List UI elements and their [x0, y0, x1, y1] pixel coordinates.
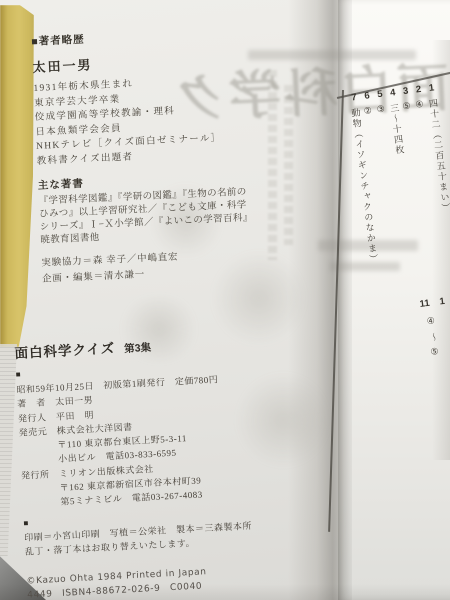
- book-photo: 面白科学ク ■著者略歴 太田一男 1931年栃木県生まれ 東京学芸大学卒業 佼成…: [0, 0, 450, 600]
- answer-text: ③: [376, 104, 387, 117]
- page-stack-edge: [0, 344, 17, 556]
- answer-number: 1: [428, 82, 435, 96]
- answer-number: 4: [390, 87, 397, 101]
- answer-text: ②: [363, 106, 374, 119]
- answer-number: 6: [364, 90, 371, 104]
- answer-numbers-row: 11 1: [419, 296, 445, 310]
- ghost-text-bar: [330, 262, 400, 271]
- author-bio-block: ■著者略歴 太田一男 1931年栃木県生まれ 東京学芸大学卒業 佼成学園高等学校…: [31, 23, 292, 288]
- answer-number: 3: [402, 86, 409, 100]
- book-title: 面白科学クイズ: [14, 341, 115, 361]
- bio-heading: ■著者略歴: [31, 23, 281, 49]
- answer-number: 5: [377, 89, 384, 103]
- bio-lines: 1931年栃木県生まれ 東京学芸大学卒業 佼成学園高等学校教諭・理科 日本魚類学…: [33, 71, 287, 169]
- colophon-block: 面白科学クイズ 第3集 ■ 昭和59年10月25日 初版第1刷発行 定価780円…: [14, 328, 297, 600]
- answer-number: 2: [415, 84, 422, 98]
- answer-number: 7: [351, 92, 358, 106]
- answer-number: 11: [419, 298, 430, 310]
- cover-edge: [0, 5, 34, 347]
- answer-text: ⑤: [402, 101, 413, 114]
- colophon-lines: 昭和59年10月25日 初版第1刷発行 定価780円 著 者 太田一男 発行人 …: [16, 369, 292, 512]
- volume-label: 第3集: [124, 342, 151, 355]
- works-lines: 『学習科学図鑑』『学研の図鑑』『生物の名前の ひみつ』以上学習研究社／『こども文…: [38, 184, 290, 247]
- answer-text: ④: [415, 100, 426, 113]
- answer-text: ④〜⑤: [425, 316, 444, 364]
